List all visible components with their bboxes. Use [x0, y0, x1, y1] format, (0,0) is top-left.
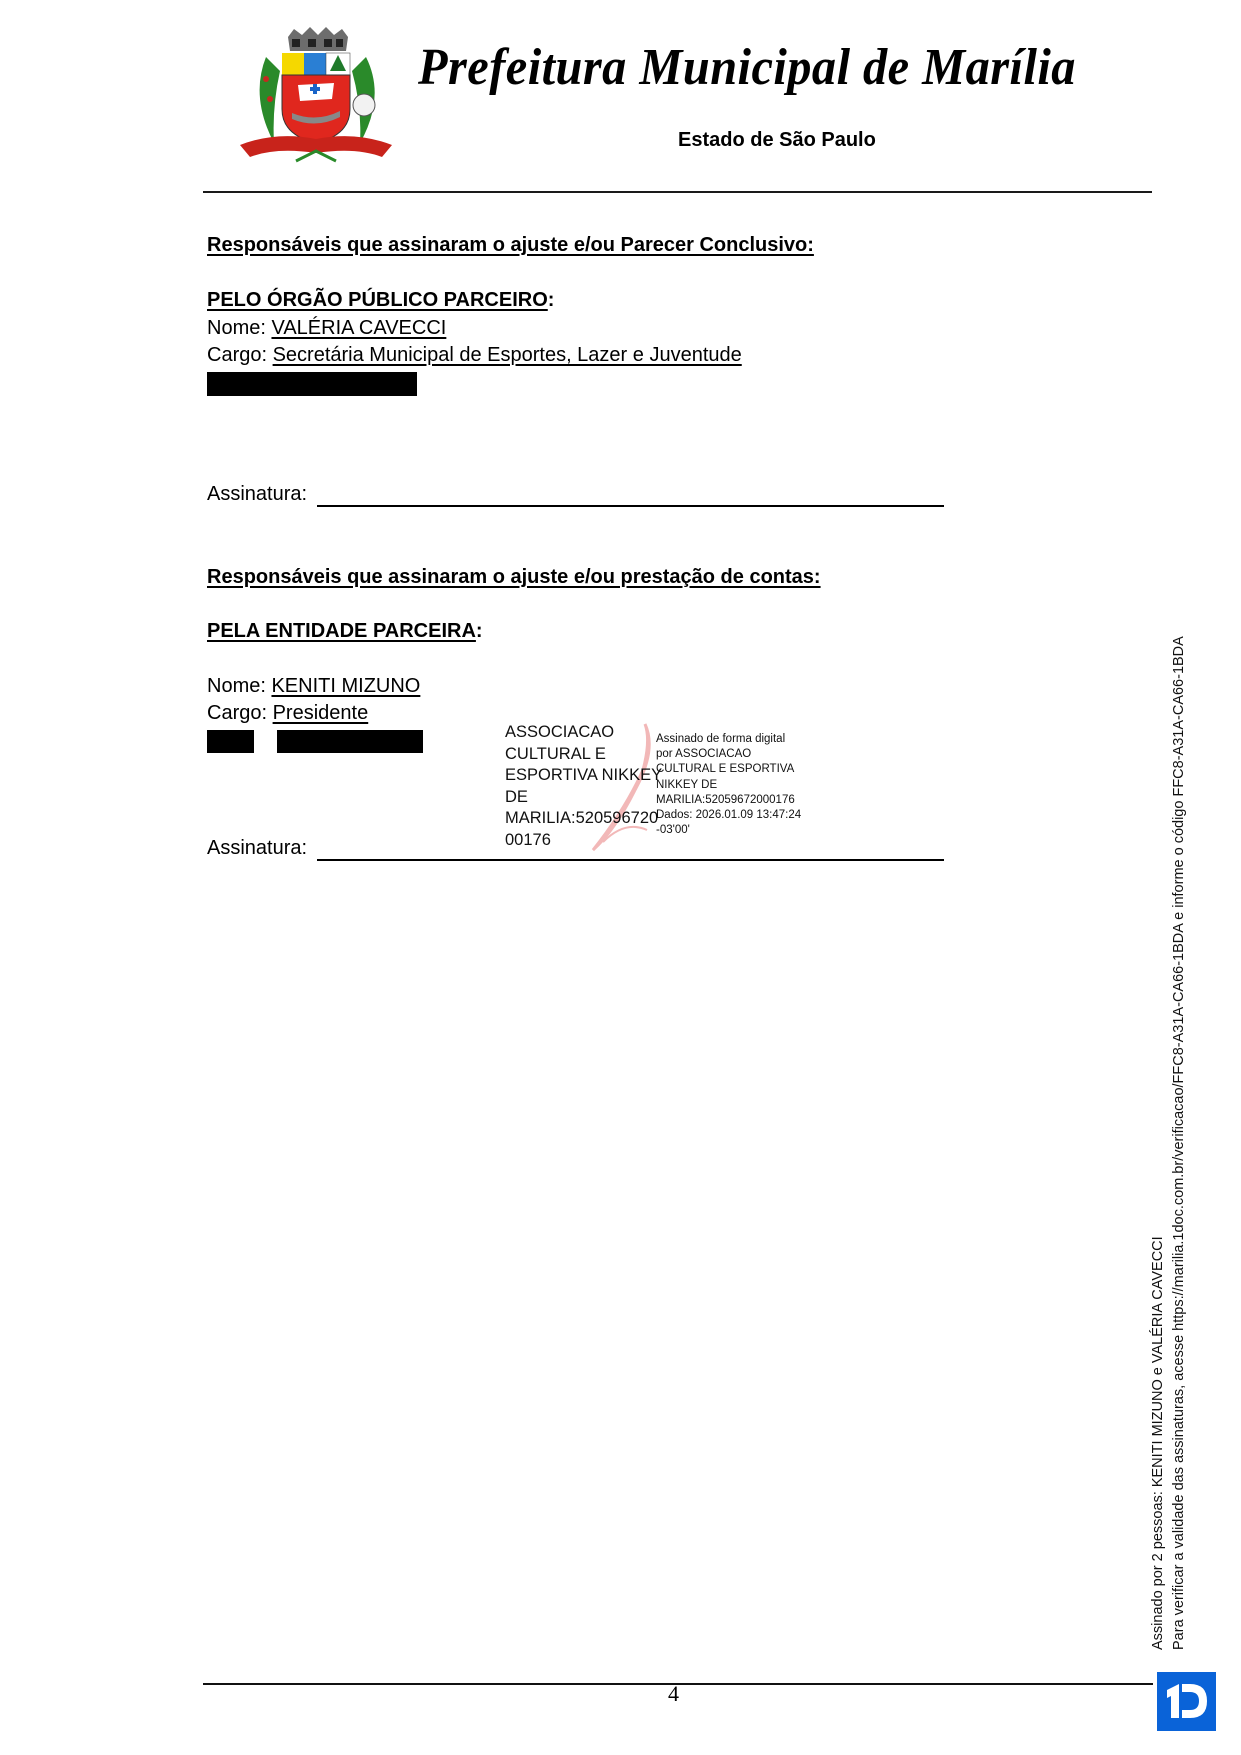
party-heading-colon: :: [476, 620, 483, 642]
page-title: Prefeitura Municipal de Marília: [418, 38, 1076, 97]
signer-line: ESPORTIVA NIKKEY: [505, 765, 662, 787]
section1-role-row: Cargo: Secretária Municipal de Esportes,…: [207, 343, 742, 367]
redaction-bar: [207, 730, 254, 753]
detail-line: CULTURAL E ESPORTIVA: [656, 762, 801, 777]
role-value: Secretária Municipal de Esportes, Lazer …: [273, 344, 742, 366]
role-label: Cargo:: [207, 344, 267, 366]
name-value: KENITI MIZUNO: [271, 675, 420, 697]
stamp-signers: Assinado por 2 pessoas: KENITI MIZUNO e …: [1148, 636, 1169, 1650]
signer-line: MARILIA:520596720: [505, 808, 662, 830]
detail-line: NIKKEY DE: [656, 778, 801, 793]
digital-signature-signer: ASSOCIACAO CULTURAL E ESPORTIVA NIKKEY D…: [505, 722, 662, 851]
redaction-bar: [277, 730, 423, 753]
section1-party-heading: PELO ÓRGÃO PÚBLICO PARCEIRO:: [207, 288, 554, 312]
role-value: Presidente: [273, 702, 369, 724]
signer-line: ASSOCIACAO: [505, 722, 662, 744]
detail-line: Assinado de forma digital: [656, 732, 801, 747]
section2-party-heading: PELA ENTIDADE PARCEIRA:: [207, 619, 483, 643]
header-divider: [203, 191, 1152, 193]
section2-role-row: Cargo: Presidente: [207, 701, 368, 725]
page-subtitle: Estado de São Paulo: [678, 129, 876, 152]
party-heading-colon: :: [548, 289, 555, 311]
page-number: 4: [668, 1681, 679, 1707]
section1-name-row: Nome: VALÉRIA CAVECCI: [207, 316, 446, 340]
section2-signature-line: [317, 859, 944, 861]
section2-signature-label: Assinatura:: [207, 836, 307, 860]
signer-line: DE: [505, 787, 662, 809]
signer-line: 00176: [505, 830, 662, 852]
name-label: Nome:: [207, 317, 266, 339]
party-heading-text: PELA ENTIDADE PARCEIRA: [207, 620, 476, 642]
name-value: VALÉRIA CAVECCI: [271, 317, 446, 339]
section1-heading: Responsáveis que assinaram o ajuste e/ou…: [207, 233, 814, 257]
party-heading-text: PELO ÓRGÃO PÚBLICO PARCEIRO: [207, 289, 548, 311]
signer-line: CULTURAL E: [505, 744, 662, 766]
digital-signature-details: Assinado de forma digital por ASSOCIACAO…: [656, 732, 801, 838]
redaction-bar: [207, 372, 417, 396]
section2-heading: Responsáveis que assinaram o ajuste e/ou…: [207, 565, 821, 589]
name-label: Nome:: [207, 675, 266, 697]
detail-line: Dados: 2026.01.09 13:47:24: [656, 808, 801, 823]
role-label: Cargo:: [207, 702, 267, 724]
verification-stamp: Assinado por 2 pessoas: KENITI MIZUNO e …: [1148, 636, 1190, 1650]
section2-name-row: Nome: KENITI MIZUNO: [207, 674, 420, 698]
detail-line: -03'00': [656, 823, 801, 838]
section1-signature-line: [317, 505, 944, 507]
stamp-verification-url[interactable]: Para verificar a validade das assinatura…: [1169, 636, 1190, 1650]
1doc-logo-icon: [1157, 1672, 1216, 1731]
detail-line: por ASSOCIACAO: [656, 747, 801, 762]
coat-of-arms-logo: [236, 27, 396, 171]
section1-signature-label: Assinatura:: [207, 482, 307, 506]
detail-line: MARILIA:52059672000176: [656, 793, 801, 808]
